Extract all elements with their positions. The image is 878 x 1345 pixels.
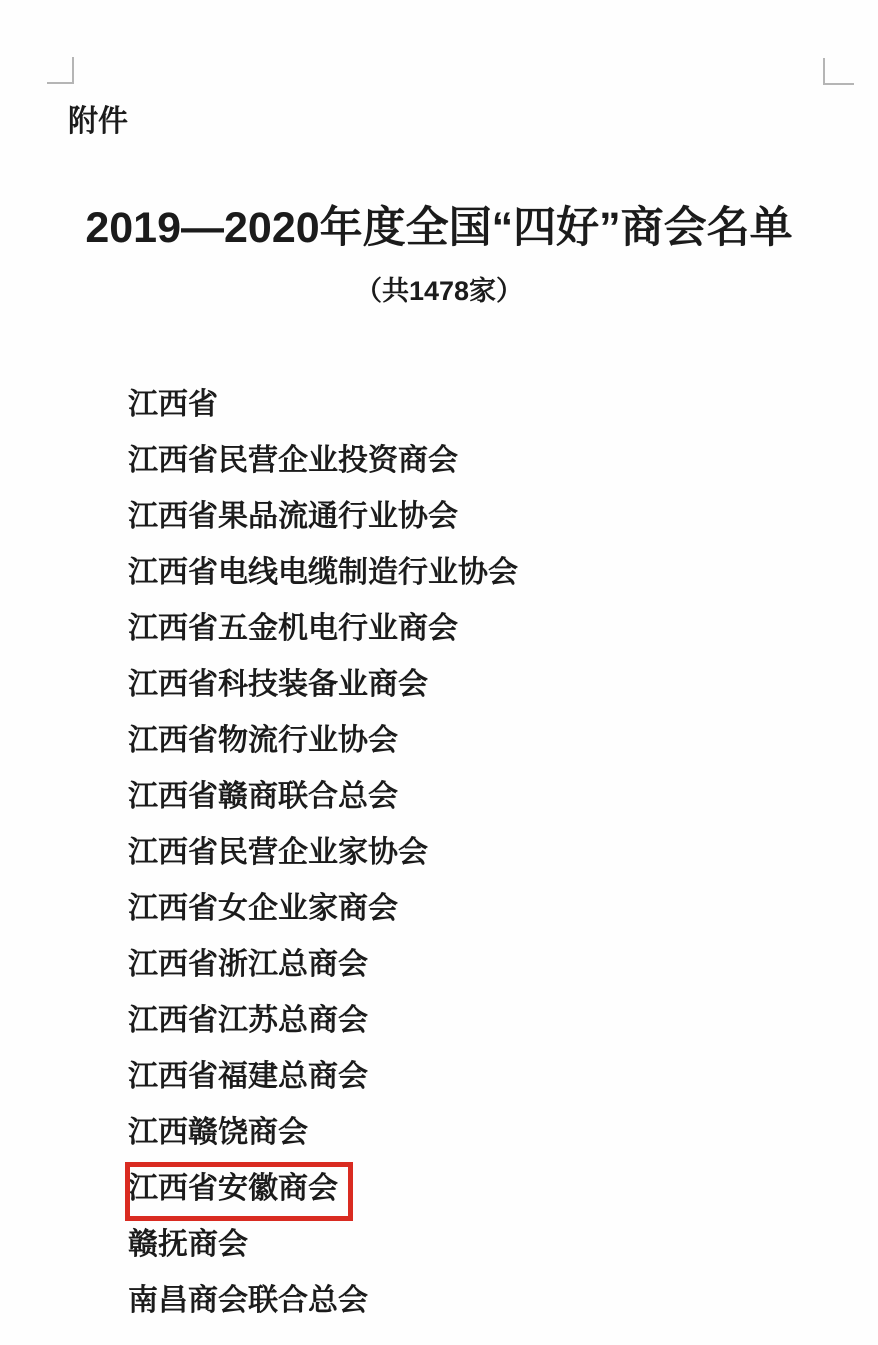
highlight-box bbox=[125, 1162, 353, 1221]
list-item: 江西省电线电缆制造行业协会 bbox=[128, 545, 518, 601]
list-item: 江西省女企业家商会 bbox=[128, 881, 518, 937]
list-item: 江西赣饶商会 bbox=[128, 1105, 518, 1161]
document-page: 附件 2019—2020年度全国“四好”商会名单 （共1478家） 江西省 江西… bbox=[0, 0, 878, 1345]
list-item: 江西省浙江总商会 bbox=[128, 937, 518, 993]
list-item: 南昌商会联合总会 bbox=[128, 1273, 518, 1329]
page-corner-mark-right-icon bbox=[823, 58, 854, 85]
list-item: 江西省五金机电行业商会 bbox=[128, 601, 518, 657]
page-corner-mark-left-icon bbox=[47, 57, 74, 84]
list-item: 赣抚商会 bbox=[128, 1217, 518, 1273]
page-subtitle: （共1478家） bbox=[0, 277, 878, 305]
list-item: 江西省福建总商会 bbox=[128, 1049, 518, 1105]
list-item: 江西省物流行业协会 bbox=[128, 713, 518, 769]
list-item: 江西省赣商联合总会 bbox=[128, 769, 518, 825]
list-item: 江西省科技装备业商会 bbox=[128, 657, 518, 713]
page-title: 2019—2020年度全国“四好”商会名单 bbox=[0, 200, 878, 256]
list-item: 江西省果品流通行业协会 bbox=[128, 489, 518, 545]
list-item: 江西省江苏总商会 bbox=[128, 993, 518, 1049]
list-item: 江西省 bbox=[128, 377, 518, 433]
list-item: 江西省民营企业投资商会 bbox=[128, 433, 518, 489]
list-item: 江西省民营企业家协会 bbox=[128, 825, 518, 881]
attachment-label: 附件 bbox=[68, 106, 128, 137]
